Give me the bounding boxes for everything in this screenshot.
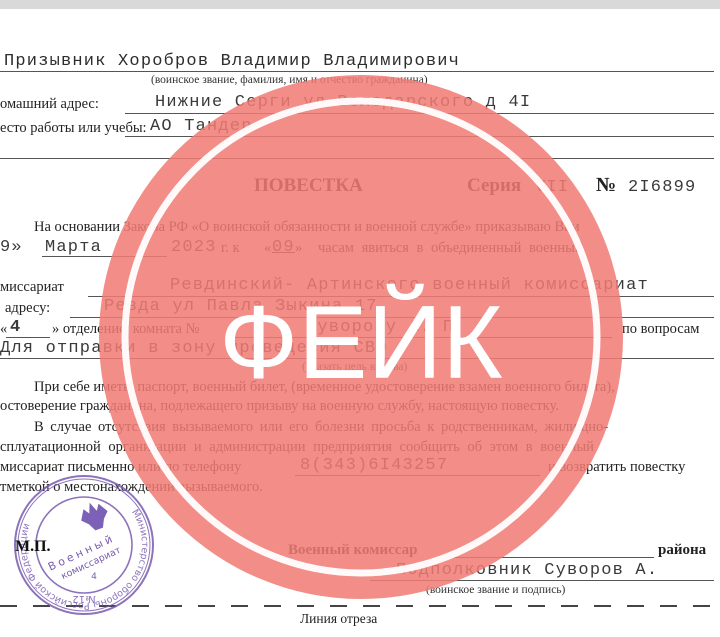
purpose-hint: (указать цель вызова) [302, 361, 407, 373]
commissariat-label: миссариат [0, 279, 64, 296]
para3-line1: В случае отсутствия вызываемого или его … [34, 419, 608, 436]
purpose-underline [0, 358, 714, 359]
para3-line3-b: и возвратить повестку [548, 459, 685, 476]
hour-close: » [295, 240, 302, 257]
document-title: ПОВЕСТКА [254, 175, 363, 197]
department-open: « [0, 321, 7, 338]
para1-line2-rest: часам явиться в объединенный военный [318, 240, 583, 257]
signatory-underline [370, 580, 714, 581]
para2-line1: При себе иметь: паспорт, военный билет, … [34, 379, 615, 396]
purpose-value: Для отправки в зону проведения СВО [0, 339, 388, 358]
date-day: 9» [0, 238, 23, 257]
top-bar [0, 0, 720, 9]
phone-underline [295, 475, 540, 476]
department-text: » отделение, комната № [52, 321, 199, 338]
series-value: VII [535, 178, 569, 197]
date-year-suffix: г. к [221, 240, 240, 257]
cut-line-label: Линия отреза [300, 611, 377, 627]
recipient-underline [0, 71, 714, 72]
commissariat-value: Ревдинский- Артинского военный комиссари… [170, 276, 649, 295]
phone-value: 8(343)6I43257 [300, 456, 448, 475]
work-label: есто работы или учебы: [0, 120, 147, 137]
commissar-underline [446, 557, 654, 558]
district-label: района [658, 542, 706, 559]
para3-line2: сплуатационной организации и администрац… [0, 439, 594, 456]
mp-label: М.П. [15, 538, 51, 556]
home-address-value: Нижние Серги ул Володарского д 4I [155, 93, 531, 112]
date-month-underline [42, 256, 167, 257]
work-underline [125, 136, 714, 137]
recipient-hint: (воинское звание, фамилия, имя и отчеств… [151, 74, 428, 86]
para2-line2: остоверение гражданина, подлежащего приз… [0, 398, 559, 415]
address-label: адресу: [5, 300, 50, 317]
series-label: Серия [467, 175, 521, 197]
hour-open: « [264, 240, 271, 257]
number-value: 2I6899 [628, 178, 696, 197]
recipient-name: Призывник Хоробров Владимир Владимирович [4, 52, 460, 71]
para1-line1: На основании Закона РФ «О воинской обяза… [34, 219, 580, 236]
address-value: Ревда ул Павла Зыкина 17 [104, 297, 378, 316]
hour-value: 09 [272, 238, 295, 257]
questions-label: по вопросам [622, 321, 699, 338]
date-month: Марта [45, 238, 102, 257]
commissar-label: Военный комиссар [288, 542, 417, 559]
stamp-number: №12 [72, 593, 95, 604]
stamp-inner-line3: 4 [91, 572, 97, 582]
signatory-value: Подполковник Суворов А. [396, 561, 658, 580]
department-value: 4 [10, 318, 21, 337]
home-address-underline [125, 113, 714, 114]
number-label: № [596, 174, 616, 197]
room-contact-value: Суворову А. П. [306, 318, 466, 337]
home-address-label: омашний адрес: [0, 96, 99, 113]
date-year: 2023 [171, 238, 217, 257]
work-value: АО Тандер [150, 117, 253, 136]
signatory-hint: (воинское звание и подпись) [426, 584, 565, 596]
blank-underline [0, 158, 714, 159]
